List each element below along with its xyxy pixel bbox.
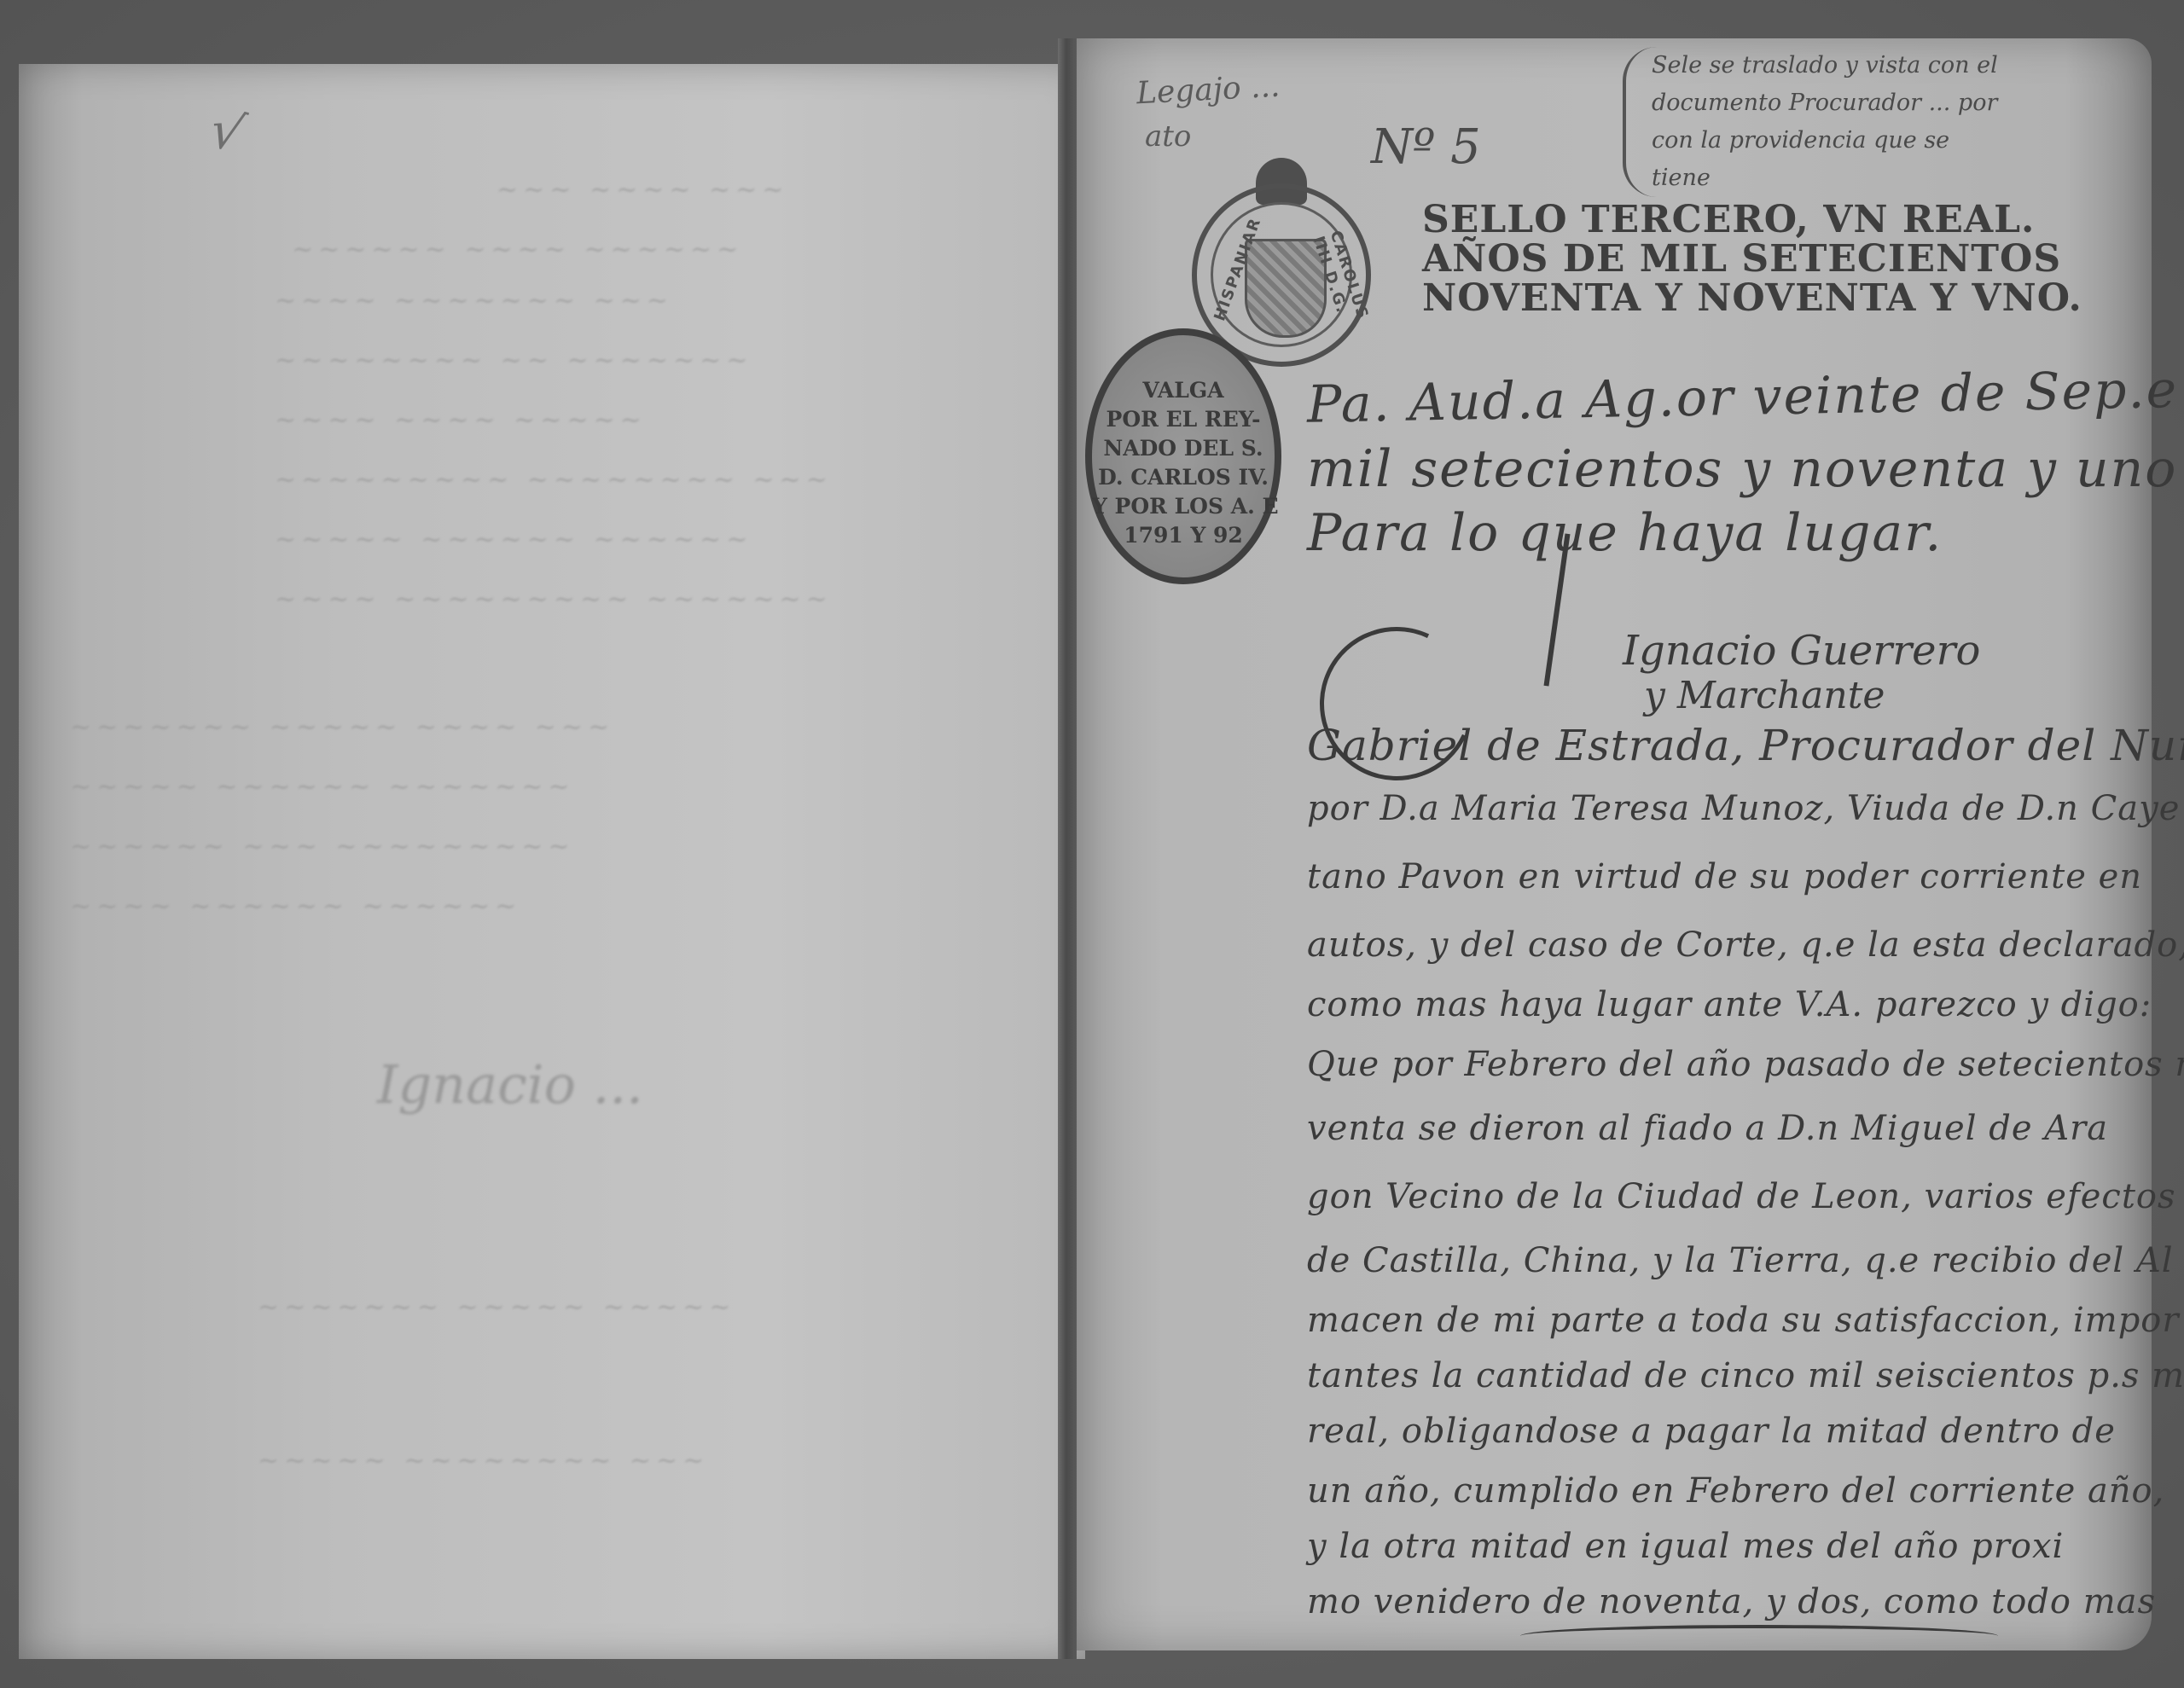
bleed-through-line: ~~~~ ~~~~~~~~~ ~~~~~~~ [275,584,833,603]
body-line: Que por Febrero del año pasado de seteci… [1307,1045,2184,1084]
stamp-line: NADO DEL S. [1092,434,1275,463]
marginal-note: Sele se traslado y vista con el document… [1623,47,2129,197]
sello-tercero-header: SELLO TERCERO, VN REAL. AÑOS DE MIL SETE… [1422,200,2088,318]
body-line: autos, y del caso de Corte, q.e la esta … [1307,925,2184,965]
top-left-annotation: Legajo ... [1136,69,1281,112]
body-line: tano Pavon en virtud de su poder corrien… [1307,857,2142,896]
bleed-through-line: ~~~~ ~~~~~~ ~~~~~~ [70,891,521,910]
header-line: AÑOS DE MIL SETECIENTOS [1422,240,2088,279]
bleed-through-line: ~~~~~ ~~~~~~~~ ~~~ [258,1446,709,1465]
body-line: real, obligandose a pagar la mitad dentr… [1307,1412,2116,1451]
body-line: como mas haya lugar ante V.A. parezco y … [1307,985,2152,1024]
body-line: por D.a Maria Teresa Munoz, Viuda de D.n… [1307,789,2180,828]
marginal-note-line: tiene [1652,160,2129,197]
book-gutter [1058,38,1077,1659]
decree-line: mil setecientos y noventa y uno [1307,439,2177,499]
stamp-line: VALGA [1092,376,1275,405]
body-line: gon Vecino de la Ciudad de Leon, varios … [1307,1177,2176,1216]
header-line: NOVENTA Y NOVENTA Y VNO. [1422,279,2088,318]
decree-line: Pa. Aud.a Ag.or veinte de Sep.e de [1306,358,2184,435]
right-page: Legajo ... ato Nº 5 Sele se traslado y v… [1077,38,2152,1650]
bleed-through-line: ~~~~~ ~~~~~~ ~~~~~~~ [70,772,575,791]
bleed-through-line: ~~~~ ~~~~~~~ ~~~ [275,286,673,305]
signature-line: Ignacio Guerrero [1623,627,1980,675]
body-line: un año, cumplido en Febrero del corrient… [1307,1471,2164,1511]
stamp-line: Y POR LOS A. E [1092,492,1275,521]
bleed-through-line: ~~~~~~~~~ ~~~~~~~~ ~~~ [275,465,833,484]
body-line: mo venidero de noventa, y dos, como todo… [1307,1582,2156,1621]
body-line: Gabriel de Estrada, Procurador del Num.o [1307,721,2184,770]
body-line: de Castilla, China, y la Tierra, q.e rec… [1307,1241,2174,1280]
valga-oval-stamp: VALGA POR EL REY- NADO DEL S. D. CARLOS … [1085,328,1281,584]
corner-check-mark: √ [204,99,251,165]
bleed-through-line: ~~~~ ~~~~ ~~~~~ [275,405,647,424]
bleed-through-line: ~~~ ~~~~ ~~~ [497,175,788,194]
signature-flourish [1298,606,1496,803]
left-page: √ ~~~ ~~~~ ~~~ ~~~~~~ ~~~~ ~~~~~~ ~~~~ ~… [19,64,1085,1659]
marginal-note-line: documento Procurador ... por [1652,84,2129,122]
top-left-annotation-2: ato [1145,119,1191,154]
decree-line: Para lo que haya lugar. [1307,503,1943,563]
body-line: macen de mi parte a toda su satisfaccion… [1307,1301,2180,1340]
body-line: y la otra mitad en igual mes del año pro… [1307,1527,2064,1566]
bleed-through-line: ~~~~~~~~ ~~ ~~~~~~~ [275,345,752,364]
bleed-through-line: ~~~~~~ ~~~~ ~~~~~~ [292,235,743,253]
bleed-through-signature: Ignacio ... [377,1053,643,1116]
body-line: tantes la cantidad de cinco mil seiscien… [1307,1356,2184,1395]
body-line: venta se dieron al fiado a D.n Miguel de… [1307,1109,2108,1148]
marginal-note-line: con la providencia que se [1652,122,2129,160]
folio-number: Nº 5 [1371,119,1481,175]
bleed-through-line: ~~~~~~~ ~~~~~ ~~~~~ [258,1292,735,1311]
signature-line: y Marchante [1644,674,1885,717]
marginal-note-line: Sele se traslado y vista con el [1652,47,2129,84]
stamp-line: 1791 Y 92 [1092,521,1275,550]
closing-flourish [1520,1625,1998,1647]
bleed-through-line: ~~~~~~ ~~~ ~~~~~~~~~ [70,832,575,850]
stamp-line: D. CARLOS IV. [1092,463,1275,492]
bleed-through-line: ~~~~~ ~~~~~~ ~~~~~~ [275,525,752,543]
stamp-line: POR EL REY- [1092,405,1275,434]
bleed-through-line: ~~~~~~~ ~~~~~ ~~~~ ~~~ [70,712,614,731]
header-line: SELLO TERCERO, VN REAL. [1422,200,2088,240]
